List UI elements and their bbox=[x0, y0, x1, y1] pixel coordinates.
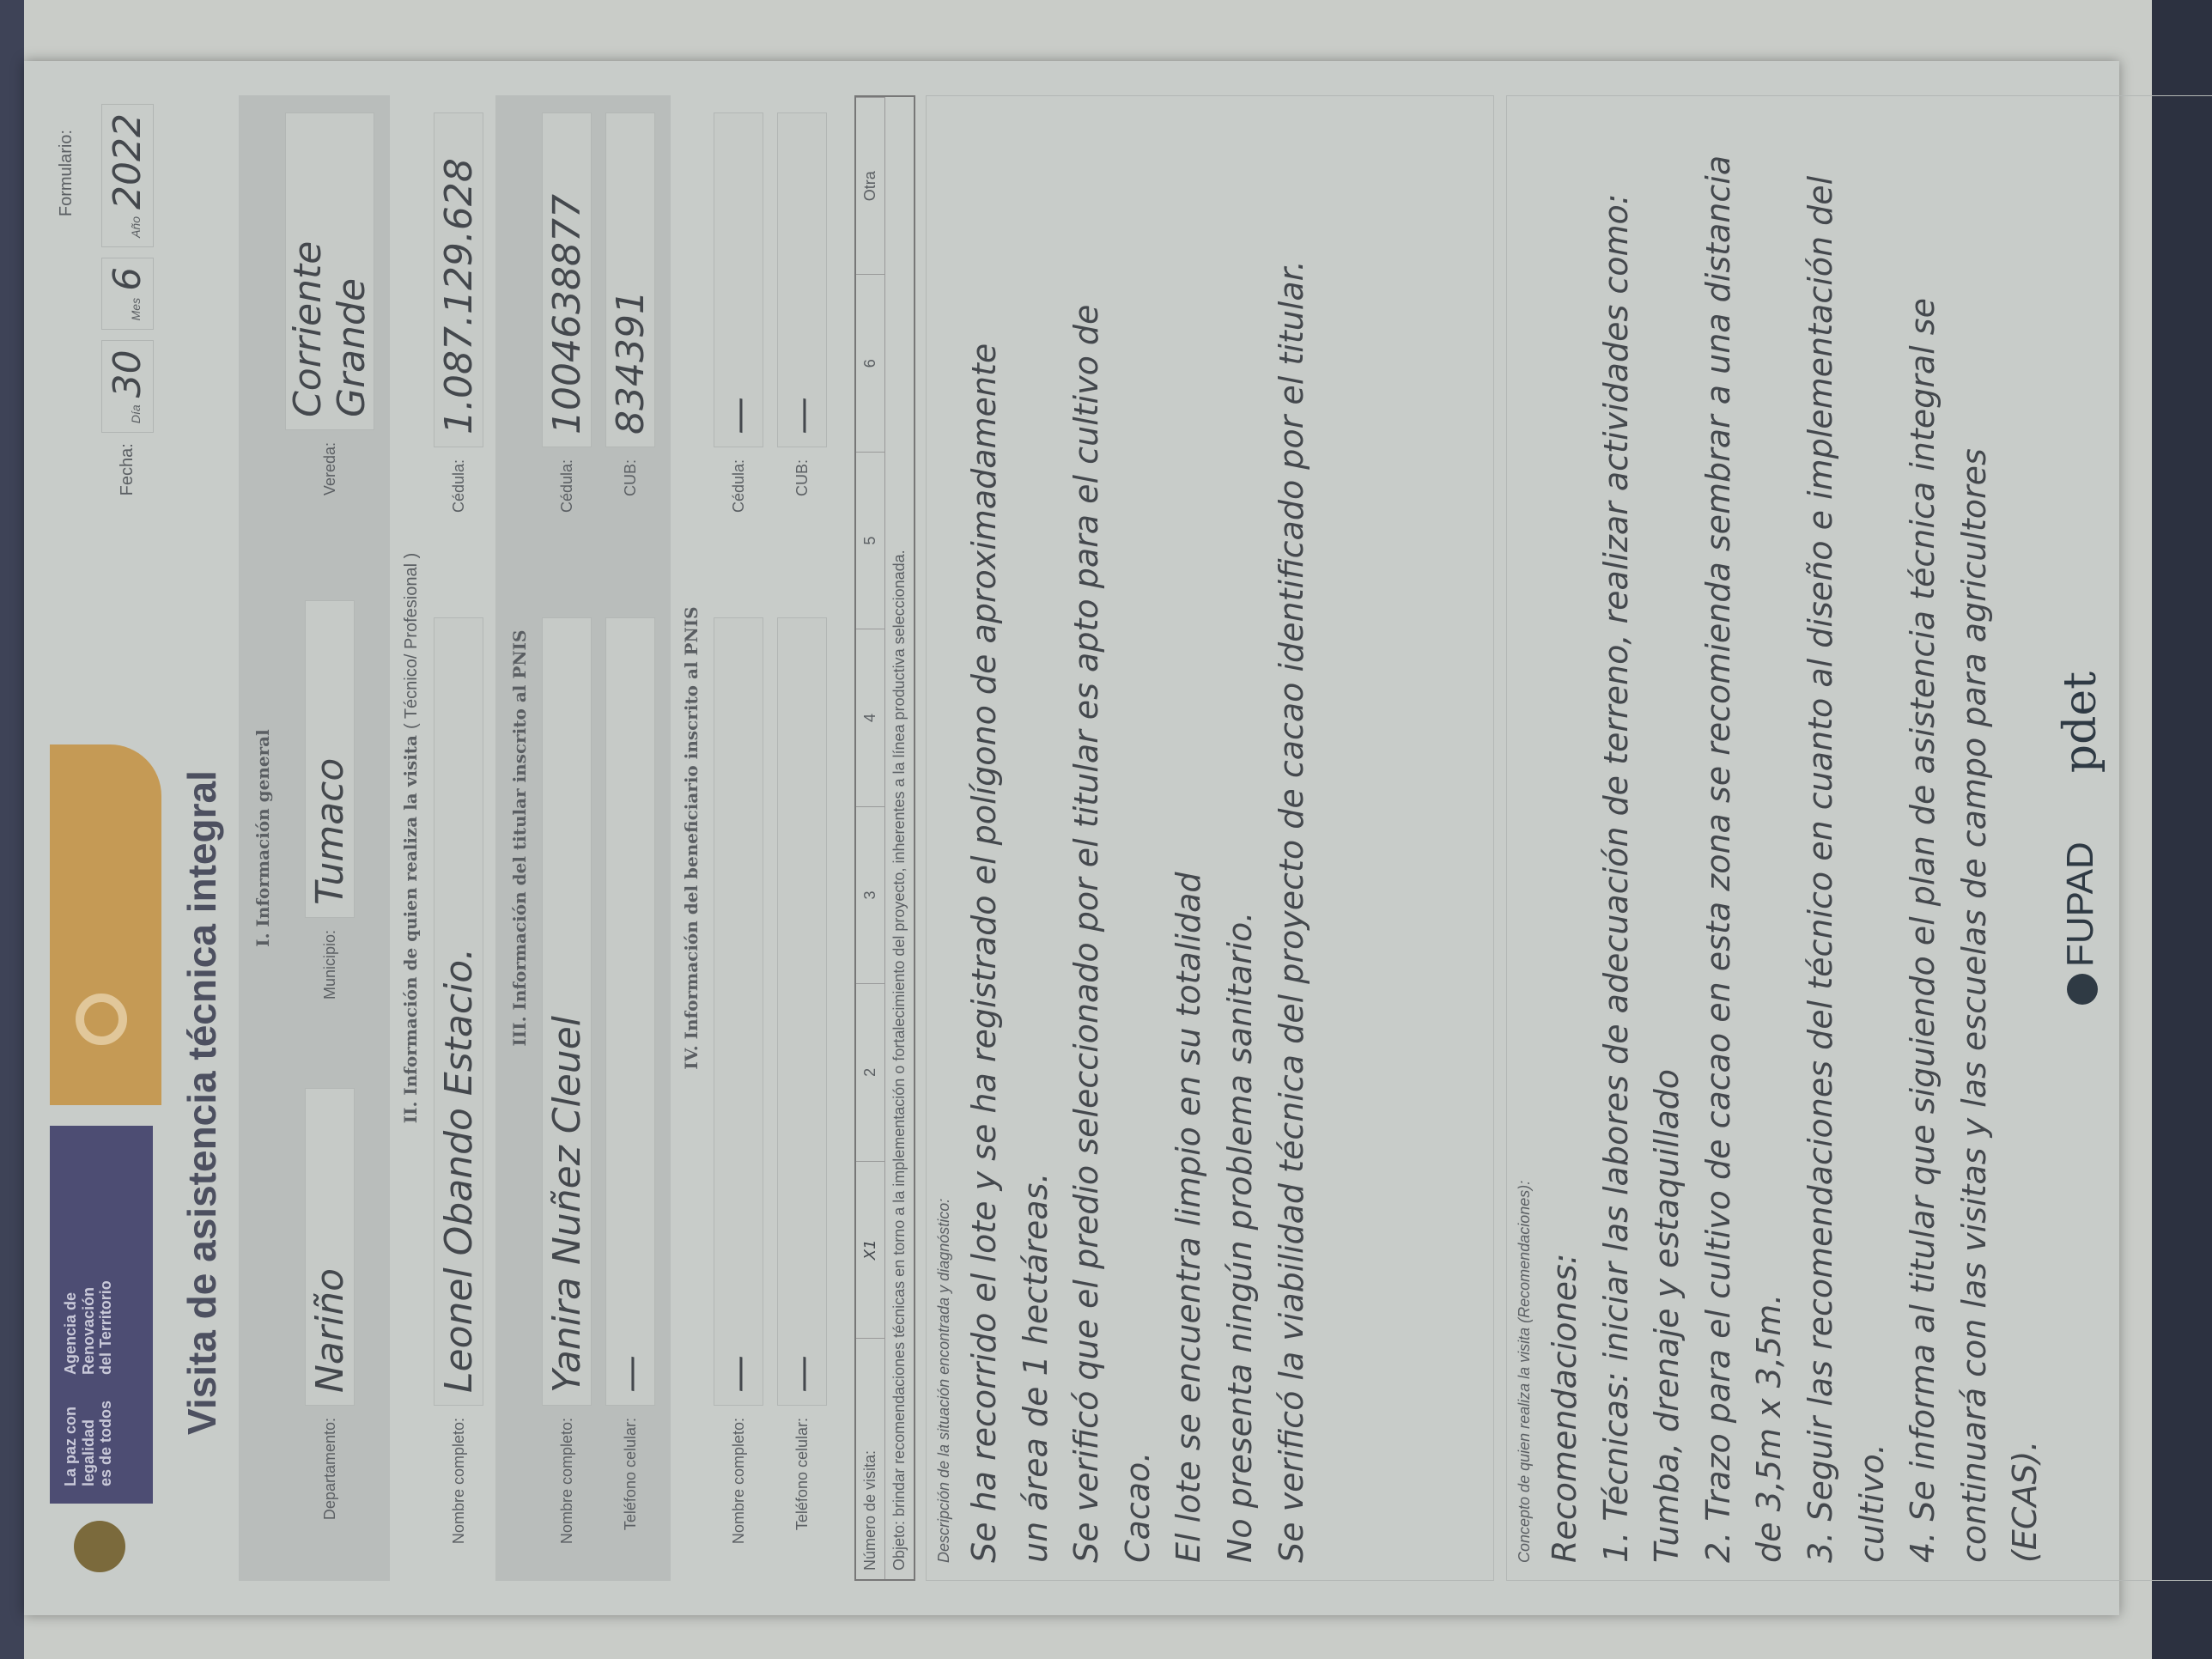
fupad-logo: FUPAD bbox=[2059, 842, 2102, 1005]
descripcion-box[interactable]: Descripción de la situación encontrada y… bbox=[926, 95, 1494, 1581]
recomendacion-line: 3. Seguir las recomendaciones del técnic… bbox=[1802, 113, 1841, 1563]
departamento-field[interactable]: Nariño bbox=[305, 1088, 355, 1406]
beneficiario-cub-field[interactable]: — bbox=[777, 112, 827, 447]
visit-cell-text: 3 bbox=[861, 890, 878, 899]
departamento-value: Nariño bbox=[308, 1268, 352, 1393]
telefono-label: Teléfono celular: bbox=[793, 1418, 811, 1564]
visit-cell-4[interactable]: 4 bbox=[856, 629, 884, 805]
globe-icon bbox=[2067, 974, 2098, 1005]
visit-cell-5[interactable]: 5 bbox=[856, 452, 884, 629]
nombre-label: Nombre completo: bbox=[730, 1418, 748, 1564]
telefono-label: Teléfono celular: bbox=[622, 1418, 640, 1564]
titular-row-1: Nombre completo: Yanira Nuñez Cleuel Céd… bbox=[535, 112, 599, 1564]
visit-row: Número de visita: X1 2 3 4 5 6 Otra bbox=[856, 97, 885, 1579]
section-heading: I. Información general bbox=[252, 112, 273, 1564]
section-heading: IV. Información del beneficiario inscrit… bbox=[681, 112, 702, 1564]
titular-telefono-field[interactable]: — bbox=[605, 617, 655, 1406]
agency-line: Agencia de bbox=[62, 1280, 80, 1375]
titular-telefono-value: — bbox=[609, 1355, 653, 1393]
visit-cell-2[interactable]: 2 bbox=[856, 983, 884, 1160]
section-heading: III. Información del titular inscrito al… bbox=[509, 112, 530, 1564]
municipio-value: Tumaco bbox=[308, 758, 352, 905]
fecha-label: Fecha: bbox=[118, 443, 137, 495]
tecnico-cedula-value: 1.087.129.628 bbox=[437, 158, 481, 434]
beneficiario-row-1: Nombre completo: — Cédula: — bbox=[707, 112, 770, 1564]
tecnico-nombre-field[interactable]: Leonel Obando Estacio. bbox=[434, 617, 483, 1406]
section-titular: III. Información del titular inscrito al… bbox=[495, 95, 671, 1581]
tecnico-row: Nombre completo: Leonel Obando Estacio. … bbox=[427, 112, 490, 1564]
titular-cub-value: 834391 bbox=[609, 290, 653, 434]
visit-table: Número de visita: X1 2 3 4 5 6 Otra Obje… bbox=[854, 95, 915, 1581]
brand-line: es de todos bbox=[97, 1401, 115, 1486]
anio-label: Año bbox=[129, 216, 143, 238]
tecnico-nombre-value: Leonel Obando Estacio. bbox=[437, 948, 481, 1393]
municipio-label: Municipio: bbox=[321, 930, 339, 1076]
agency-line: Renovación bbox=[80, 1280, 98, 1375]
vereda-value: Corriente Grande bbox=[286, 125, 374, 417]
beneficiario-nombre-field[interactable]: — bbox=[714, 617, 763, 1406]
national-crest-icon bbox=[74, 1521, 125, 1572]
mes-label: Mes bbox=[129, 298, 143, 320]
titular-nombre-value: Yanira Nuñez Cleuel bbox=[545, 1016, 589, 1393]
section-tecnico: II. Información de quien realiza la visi… bbox=[390, 95, 495, 1581]
visit-cell-3[interactable]: 3 bbox=[856, 806, 884, 983]
logo-block: La paz con legalidad es de todos Agencia… bbox=[50, 744, 161, 1581]
nombre-label: Nombre completo: bbox=[450, 1418, 468, 1564]
visit-cell-text: 2 bbox=[861, 1068, 878, 1077]
nombre-label: Nombre completo: bbox=[558, 1418, 576, 1564]
vereda-field[interactable]: Corriente Grande bbox=[285, 112, 374, 430]
descripcion-line: Se ha recorrido el lote y se ha registra… bbox=[965, 113, 1005, 1563]
beneficiario-nombre-value: — bbox=[717, 1355, 761, 1393]
agency-line: del Territorio bbox=[97, 1280, 115, 1375]
cedula-label: Cédula: bbox=[558, 459, 576, 605]
titular-cedula-field[interactable]: 1004638877 bbox=[542, 112, 592, 447]
descripcion-line: No presenta ningún problema sanitario. bbox=[1221, 113, 1261, 1563]
descripcion-line: un área de 1 hectáreas. bbox=[1017, 113, 1056, 1563]
descripcion-line: Se verificó la viabilidad técnica del pr… bbox=[1273, 113, 1312, 1563]
beneficiario-cedula-value: — bbox=[717, 397, 761, 434]
descripcion-label: Descripción de la situación encontrada y… bbox=[935, 113, 953, 1563]
dia-label: Día bbox=[129, 404, 143, 423]
cub-label: CUB: bbox=[793, 459, 811, 605]
recomendaciones-label: Concepto de quien realiza la visita (Rec… bbox=[1516, 113, 1534, 1563]
recomendacion-line: cultivo. bbox=[1853, 113, 1893, 1563]
recomendacion-line: 1. Técnicas: iniciar las labores de adec… bbox=[1597, 113, 1637, 1563]
titular-cedula-value: 1004638877 bbox=[545, 194, 589, 434]
fecha-row: Fecha: Día 30 Mes 6 Año 2022 bbox=[101, 104, 154, 495]
descripcion-line: El lote se encuentra limpio en su totali… bbox=[1170, 113, 1209, 1563]
visit-cell-text: Otra bbox=[861, 171, 878, 201]
recomendacion-line: 2. Trazo para el cultivo de cacao en est… bbox=[1699, 113, 1739, 1563]
descripcion-line: Se verificó que el predio seleccionado p… bbox=[1067, 113, 1107, 1563]
recomendacion-line: 4. Se informa al titular que siguiendo e… bbox=[1904, 113, 1943, 1563]
recomendacion-line: de 3,5m x 3,5m. bbox=[1750, 113, 1790, 1563]
anio-field[interactable]: Año 2022 bbox=[101, 104, 154, 247]
section-general: I. Información general Departamento: Nar… bbox=[239, 95, 390, 1581]
recomendacion-line: continuará con las visitas y las escuela… bbox=[1955, 113, 1995, 1563]
form-header: La paz con legalidad es de todos Agencia… bbox=[50, 95, 230, 1581]
mes-field[interactable]: Mes 6 bbox=[101, 258, 154, 330]
beneficiario-cub-value: — bbox=[781, 397, 824, 434]
vereda-label: Vereda: bbox=[321, 442, 339, 588]
section-heading-note: ( Técnico/ Profesional ) bbox=[402, 553, 421, 729]
visit-cell-1[interactable]: X1 bbox=[856, 1161, 884, 1338]
titular-row-2: Teléfono celular: — CUB: 834391 bbox=[599, 112, 662, 1564]
titular-cub-field[interactable]: 834391 bbox=[605, 112, 655, 447]
brand-line: La paz con bbox=[62, 1401, 80, 1486]
government-brand: La paz con legalidad es de todos Agencia… bbox=[50, 1126, 153, 1504]
page-title: Visita de asistencia técnica integral bbox=[179, 770, 225, 1435]
visit-cell-text: 4 bbox=[861, 714, 878, 722]
visit-cell-text: 6 bbox=[861, 359, 878, 368]
titular-nombre-field[interactable]: Yanira Nuñez Cleuel bbox=[542, 617, 592, 1406]
section-heading: II. Información de quien realiza la visi… bbox=[400, 112, 422, 1564]
beneficiario-row-2: Teléfono celular: — CUB: — bbox=[770, 112, 834, 1564]
mes-value: 6 bbox=[106, 267, 149, 291]
section-beneficiario: IV. Información del beneficiario inscrit… bbox=[671, 95, 839, 1581]
descripcion-line: Cacao. bbox=[1119, 113, 1158, 1563]
cedula-label: Cédula: bbox=[450, 459, 468, 605]
form-content: I. Información general Departamento: Nar… bbox=[239, 95, 2212, 1581]
beneficiario-telefono-value: — bbox=[781, 1355, 824, 1393]
numero-visita-label: Número de visita: bbox=[856, 1338, 884, 1579]
municipio-field[interactable]: Tumaco bbox=[305, 600, 355, 918]
recomendacion-line: Recomendaciones: bbox=[1546, 113, 1585, 1563]
formulario-label: Formulario: bbox=[57, 130, 76, 216]
form-footer: FUPAD pdet bbox=[2042, 61, 2119, 1615]
departamento-label: Departamento: bbox=[321, 1418, 339, 1564]
visit-cell-otra[interactable]: Otra bbox=[856, 97, 884, 274]
recomendacion-line: Tumba, drenaje y estaquillado bbox=[1648, 113, 1687, 1563]
pdet-logo: pdet bbox=[2055, 671, 2106, 773]
section-heading-text: II. Información de quien realiza la visi… bbox=[400, 735, 421, 1123]
program-brand bbox=[50, 744, 161, 1105]
visit-cell-6[interactable]: 6 bbox=[856, 274, 884, 451]
anio-value: 2022 bbox=[106, 113, 149, 210]
cedula-label: Cédula: bbox=[730, 459, 748, 605]
fupad-text: FUPAD bbox=[2059, 842, 2101, 967]
beneficiario-telefono-field[interactable]: — bbox=[777, 617, 827, 1406]
dia-value: 30 bbox=[106, 349, 149, 398]
form-page: La paz con legalidad es de todos Agencia… bbox=[24, 61, 2119, 1615]
brand-line: legalidad bbox=[80, 1401, 98, 1486]
general-row: Departamento: Nariño Municipio: Tumaco V… bbox=[278, 112, 381, 1564]
objetivo-text: Objeto: brindar recomendaciones técnicas… bbox=[885, 97, 914, 1579]
recomendacion-line: (ECAS). bbox=[2006, 113, 2045, 1563]
tecnico-cedula-field[interactable]: 1.087.129.628 bbox=[434, 112, 483, 447]
beneficiario-cedula-field[interactable]: — bbox=[714, 112, 763, 447]
visit-cell-text: X1 bbox=[861, 1239, 879, 1260]
visit-cell-text: 5 bbox=[861, 537, 878, 545]
cub-label: CUB: bbox=[622, 459, 640, 605]
dia-field[interactable]: Día 30 bbox=[101, 340, 154, 433]
swirl-logo-icon bbox=[76, 994, 127, 1045]
